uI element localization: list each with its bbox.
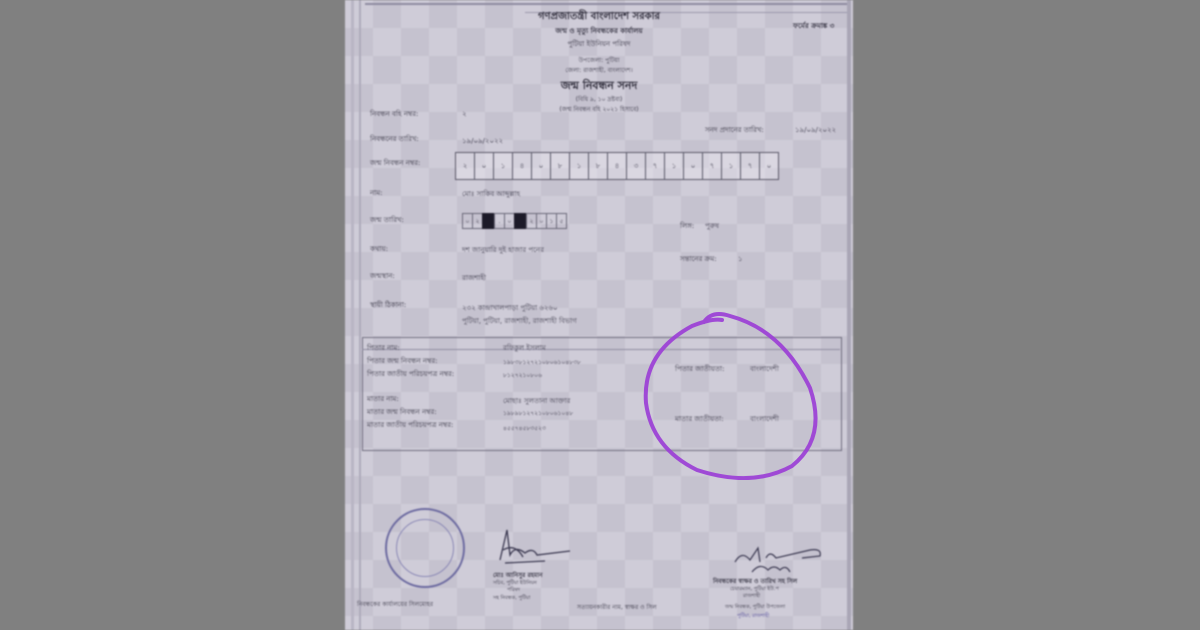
register-book-label: নিবন্ধন বহি নম্বর: [370,108,418,120]
birth-reg-no-digit: ৮ [588,152,608,180]
birth-reg-no-digit: ১ [493,152,513,180]
header-district: জেলা: রাজশাহী, বাংলাদেশ। [565,65,632,76]
birth-reg-no-digit: ৪ [607,152,627,180]
dob-label: জন্ম তারিখ: [370,214,404,226]
register-book-value: ২ [462,108,467,120]
birth-reg-no-digit: ০ [474,152,494,180]
dob-digit: ৫ [556,213,567,229]
birth-order-label: সন্তানের ক্রম: [680,253,717,265]
father-name-value: রফিকুল ইসলাম [503,342,546,354]
birth-reg-no-digit: ৪ [512,152,532,180]
mother-name-label: মাতার নাম: [367,393,399,405]
certificate-photo: গণপ্রজাতন্ত্রী বাংলাদেশ সরকার জন্ম ও মৃত… [345,0,853,630]
permanent-address-line2: পুটিয়া, পুটিয়া, রাজশাহী, রাজশাহী বিভাগ [462,315,577,327]
birth-reg-no-digit: ২ [455,152,475,180]
official-seal-stamp [385,508,465,588]
mother-brn-label: মাতার জন্ম নিবন্ধন নম্বর: [367,406,437,418]
birth-reg-no-digit: ১ [569,152,589,180]
mother-name-value: মোছাঃ সুলতানা আক্তার [503,395,570,407]
paper-edge [351,0,354,630]
top-rule [365,3,847,5]
header-government: গণপ্রজাতন্ত্রী বাংলাদেশ সরকার [538,9,660,26]
father-name-label: পিতার নাম: [367,342,400,354]
father-brn-value: ১৯৮৩৮১২৭২১০৮০৬১০৪৮৩৮ [503,357,581,368]
mother-nid-value: ৪৫৫৭৪৫৮৩৫২৩ [503,423,546,434]
mother-nationality-value: বাংলাদেশী [750,413,779,425]
dob-boxes: ০২.০২০১৫ [462,213,566,229]
parents-box-divider [362,349,840,350]
birth-reg-no-digit: ০ [759,152,779,180]
birth-reg-no-label: জন্ম নিবন্ধন নম্বর: [370,157,420,169]
certificate-subtitle: (জন্ম নিবন্ধন বহি ২০২১ হিসাবে) [559,104,638,115]
birth-reg-no-boxes: ২০১৪০৮১৮৪৩৭১০৭১৭০ [455,152,778,180]
permanent-address-line1: ২৩২ কান্দ্রাখালপাড়া পুটিয়া ৬২৬০ [462,302,558,314]
birth-reg-no-digit: ০ [531,152,551,180]
in-words-value: দশ জানুয়ারি দুই হাজার পনের [462,244,544,256]
seal-caption: নিবন্ধকের কার্যালয়ের সিলমোহর [357,599,433,610]
birth-reg-no-digit: ৭ [740,152,760,180]
birth-order-value: ১ [738,253,743,265]
name-value: মোঃ সাকিব আব্দুল্লাহ [462,188,520,200]
header-office: জন্ম ও মৃত্যু নিবন্ধকের কার্যালয় [555,25,642,37]
paper-edge [847,0,851,630]
permanent-address-label: স্থায়ী ঠিকানা: [370,299,406,311]
registration-date-value: ১৯/০৯/২০২২ [462,135,503,147]
paper-edge [359,0,361,630]
issue-date-value: ১৯/০৯/২০২২ [795,124,836,136]
birth-reg-no-digit: ১ [721,152,741,180]
registration-date-label: নিবন্ধনের তারিখ: [370,133,419,145]
birth-place-value: রাজশাহী [462,272,486,284]
registrar-line: সহ নিবন্ধক, পুটিয়া [493,595,530,603]
birth-reg-no-digit: ৩ [626,152,646,180]
chairman-line: রাজশাহী [743,593,760,601]
father-nid-label: পিতার জাতীয় পরিচয়পত্র নম্বর: [367,368,454,380]
chairman-signature [730,540,830,580]
father-nationality-label: পিতার জাতীয়তা: [675,363,724,375]
birth-place-label: জন্মস্থান: [370,270,395,282]
father-nationality-value: বাংলাদেশী [750,363,779,375]
birth-reg-no-digit: ০ [683,152,703,180]
sex-value: পুরুষ [705,220,719,232]
registrar-signature [485,525,575,570]
header-union: পুটিয়া ইউনিয়ন পরিষদ [568,38,631,50]
issue-date-label: সনদ প্রদানের তারিখ: [705,124,764,136]
father-brn-label: পিতার জন্ম নিবন্ধন নম্বর: [367,355,437,367]
chairman-line: পুটিয়া, রাজশাহী [737,613,769,621]
mother-nationality-label: মাতার জাতীয়তা: [675,413,724,425]
father-nid-value: ৮১২৭২১০৮০৬ [503,370,542,381]
mother-brn-value: ১৯৮৯৮১২৭২১০৮০৬১০৪৮ [503,408,573,419]
form-corner-label: ফর্মের ক্রমাঙ্ক ৩ [793,20,834,32]
name-label: নাম: [370,187,382,199]
in-words-label: কথায়: [370,243,388,255]
birth-reg-no-digit: ৮ [550,152,570,180]
attester-caption: সত্যায়নকারীর নাম, স্বাক্ষর ও সিল [577,602,657,613]
birth-reg-no-digit: ১ [664,152,684,180]
mother-nid-label: মাতার জাতীয় পরিচয়পত্র নম্বর: [367,419,453,431]
sex-label: লিঙ্গ: [680,220,694,232]
registrar-line: পরিষদ [507,587,520,595]
birth-reg-no-digit: ৭ [645,152,665,180]
birth-reg-no-digit: ৭ [702,152,722,180]
chairman-line: জন্ম নিবন্ধক, পুটিয়া উপজেলা [725,604,785,612]
